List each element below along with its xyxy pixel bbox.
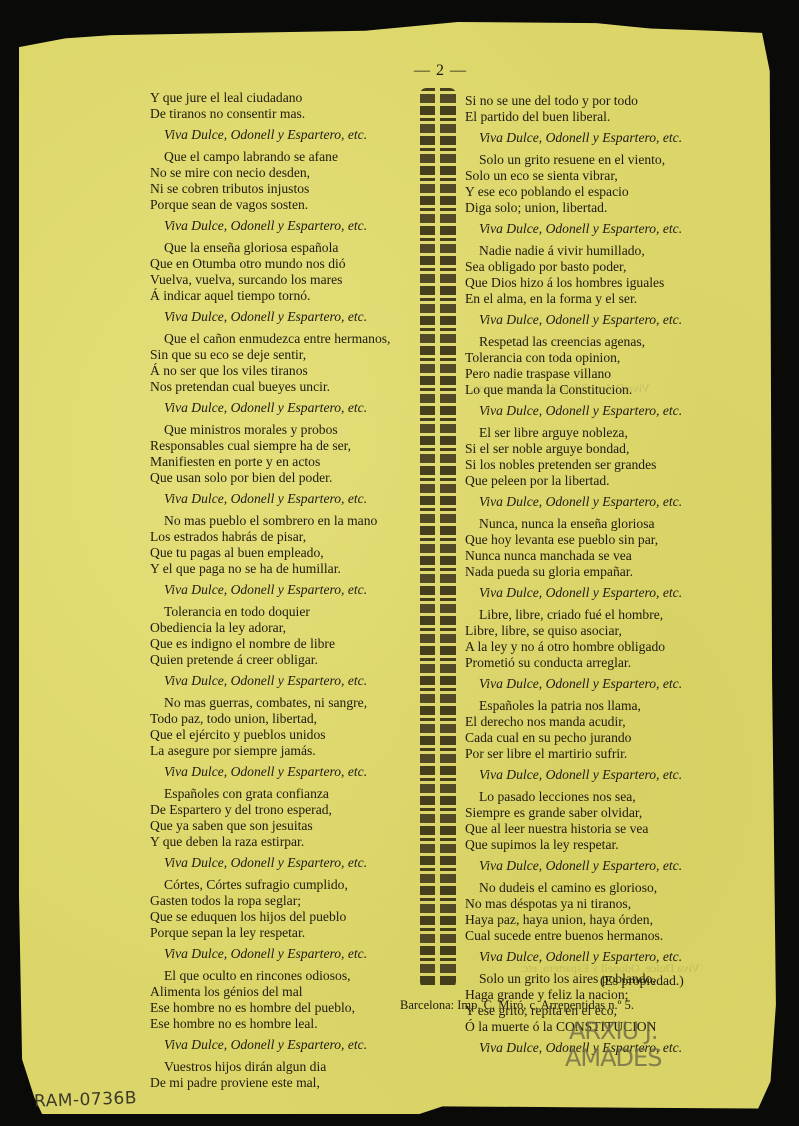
refrain-viva: Viva Dulce, bbox=[164, 309, 227, 324]
verse-line: Y el que paga no se ha de humillar. bbox=[150, 561, 415, 577]
refrain: Viva Dulce, Odonell y Espartero, etc. bbox=[150, 855, 415, 871]
refrain-viva: Viva Dulce, bbox=[479, 767, 542, 782]
stanza: Respetad las creencias agenas, Toleranci… bbox=[465, 334, 730, 398]
verse-line: Que ministros morales y probos bbox=[150, 422, 415, 438]
refrain-names: Odonell y Espartero, bbox=[546, 585, 660, 600]
refrain-viva: Viva Dulce, bbox=[164, 218, 227, 233]
stanza: Tolerancia en todo doquier Obediencia la… bbox=[150, 604, 415, 668]
stanza: El ser libre arguye nobleza, Si el ser n… bbox=[465, 425, 730, 489]
refrain-viva: Viva Dulce, bbox=[479, 1040, 542, 1055]
verse-line: Nos pretendan cual bueyes uncir. bbox=[150, 379, 415, 395]
verse-line: Alimenta los génios del mal bbox=[150, 984, 415, 1000]
verse-line: Solo un grito resuene en el viento, bbox=[465, 152, 730, 168]
verse-line: Sea obligado por basto poder, bbox=[465, 259, 730, 275]
refrain-etc: etc. bbox=[663, 858, 682, 873]
verse-line: Siempre es grande saber olvidar, bbox=[465, 805, 730, 821]
verse-line: Los estrados habrás de pisar, bbox=[150, 529, 415, 545]
stanza: Que el cañon enmudezca entre hermanos, S… bbox=[150, 331, 415, 395]
verse-line: Que la enseña gloriosa española bbox=[150, 240, 415, 256]
refrain-viva: Viva Dulce, bbox=[479, 676, 542, 691]
verse-line: No mas guerras, combates, ni sangre, bbox=[150, 695, 415, 711]
refrain: Viva Dulce, Odonell y Espartero, etc. bbox=[465, 221, 730, 237]
verse-line: Córtes, Córtes sufragio cumplido, bbox=[150, 877, 415, 893]
refrain: Viva Dulce, Odonell y Espartero, etc. bbox=[150, 218, 415, 234]
verse-line: Respetad las creencias agenas, bbox=[465, 334, 730, 350]
verse-line: No mas pueblo el sombrero en la mano bbox=[150, 513, 415, 529]
refrain-names: Odonell y Espartero, bbox=[231, 582, 345, 597]
refrain: Viva Dulce, Odonell y Espartero, etc. bbox=[465, 858, 730, 874]
refrain-etc: etc. bbox=[663, 585, 682, 600]
verse-line: Solo un grito los aires poblando, bbox=[465, 971, 730, 987]
verse-line: Que hoy levanta ese pueblo sin par, bbox=[465, 532, 730, 548]
refrain-viva: Viva Dulce, bbox=[479, 403, 542, 418]
verse-line: Vuelva, vuelva, surcando los mares bbox=[150, 272, 415, 288]
refrain-viva: Viva Dulce, bbox=[164, 127, 227, 142]
refrain-names: Odonell y Espartero, bbox=[546, 676, 660, 691]
verse-line: Gasten todos la ropa seglar; bbox=[150, 893, 415, 909]
verse-line: Si el ser noble arguye bondad, bbox=[465, 441, 730, 457]
refrain-names: Odonell y Espartero, bbox=[546, 221, 660, 236]
stanza: Nunca, nunca la enseña gloriosa Que hoy … bbox=[465, 516, 730, 580]
verse-line: Que el campo labrando se afane bbox=[150, 149, 415, 165]
refrain-names: Odonell y Espartero, bbox=[231, 855, 345, 870]
verse-line: Tolerancia en todo doquier bbox=[150, 604, 415, 620]
stanza: Españoles la patria nos llama, El derech… bbox=[465, 698, 730, 762]
refrain: Viva Dulce, Odonell y Espartero, etc. bbox=[465, 949, 730, 965]
refrain-etc: etc. bbox=[348, 673, 367, 688]
refrain-viva: Viva Dulce, bbox=[164, 673, 227, 688]
refrain-etc: etc. bbox=[663, 403, 682, 418]
refrain-viva: Viva Dulce, bbox=[479, 130, 542, 145]
verse-line: A la ley y no á otro hombre obligado bbox=[465, 639, 730, 655]
opening-lines: Y que jure el leal ciudadano De tiranos … bbox=[150, 90, 415, 122]
verse-line: Pero nadie traspase villano bbox=[465, 366, 730, 382]
closing-lines: Vuestros hijos dirán algun dia De mi pad… bbox=[150, 1059, 415, 1091]
verse-line: Á indicar aquel tiempo tornó. bbox=[150, 288, 415, 304]
verse-line: Si no se une del todo y por todo bbox=[465, 93, 730, 109]
verse-line: Todo paz, todo union, libertad, bbox=[150, 711, 415, 727]
refrain-etc: etc. bbox=[663, 130, 682, 145]
verse-line: Solo un eco se sienta vibrar, bbox=[465, 168, 730, 184]
refrain-names: Odonell y Espartero, bbox=[231, 127, 345, 142]
refrain-etc: etc. bbox=[348, 1037, 367, 1052]
verse-line: Haya paz, haya union, haya órden, bbox=[465, 912, 730, 928]
verse-line: Que Dios hizo á los hombres iguales bbox=[465, 275, 730, 291]
refrain-etc: etc. bbox=[348, 764, 367, 779]
stanza: Córtes, Córtes sufragio cumplido, Gasten… bbox=[150, 877, 415, 941]
refrain-etc: etc. bbox=[348, 309, 367, 324]
refrain: Viva Dulce, Odonell y Espartero, etc. bbox=[150, 946, 415, 962]
refrain-names: Odonell y Espartero, bbox=[546, 312, 660, 327]
handwritten-catalog-number: RAM-0736B bbox=[34, 1088, 138, 1112]
verse-line: Que en Otumba otro mundo nos dió bbox=[150, 256, 415, 272]
verse-line: Que peleen por la libertad. bbox=[465, 473, 730, 489]
refrain-names: Odonell y Espartero, bbox=[231, 491, 345, 506]
refrain: Viva Dulce, Odonell y Espartero, etc. bbox=[150, 309, 415, 325]
refrain-etc: etc. bbox=[348, 582, 367, 597]
printer-imprint: Barcelona: Imp. C. Miró, c. Arrepentidas… bbox=[400, 998, 634, 1013]
verse-line: Cual sucede entre buenos hermanos. bbox=[465, 928, 730, 944]
verse-line: No se mire con necio desden, bbox=[150, 165, 415, 181]
refrain: Viva Dulce, Odonell y Espartero, etc. bbox=[150, 1037, 415, 1053]
stanza: No mas guerras, combates, ni sangre, Tod… bbox=[150, 695, 415, 759]
refrain: Viva Dulce, Odonell y Espartero, etc. bbox=[465, 312, 730, 328]
verse-line: Que el ejército y pueblos unidos bbox=[150, 727, 415, 743]
verse-line: Ese hombre no es hombre leal. bbox=[150, 1016, 415, 1032]
refrain: Viva Dulce, Odonell y Espartero, etc. bbox=[150, 582, 415, 598]
refrain-viva: Viva Dulce, bbox=[164, 855, 227, 870]
refrain-viva: Viva Dulce, bbox=[164, 400, 227, 415]
left-column: Y que jure el leal ciudadano De tiranos … bbox=[150, 90, 415, 1091]
verse-line: Que tu pagas al buen empleado, bbox=[150, 545, 415, 561]
refrain: Viva Dulce, Odonell y Espartero, etc. bbox=[150, 673, 415, 689]
refrain-etc: etc. bbox=[663, 221, 682, 236]
verse-line: Nunca nunca manchada se vea bbox=[465, 548, 730, 564]
refrain-viva: Viva Dulce, bbox=[164, 491, 227, 506]
refrain: Viva Dulce, Odonell y Espartero, etc. bbox=[150, 764, 415, 780]
verse-line: Porque sean de vagos sosten. bbox=[150, 197, 415, 213]
ornamental-divider bbox=[420, 88, 456, 988]
verse-line: Si los nobles pretenden ser grandes bbox=[465, 457, 730, 473]
verse-line: Que es indigno el nombre de libre bbox=[150, 636, 415, 652]
verse-line: Españoles con grata confianza bbox=[150, 786, 415, 802]
verse-line: Lo pasado lecciones nos sea, bbox=[465, 789, 730, 805]
refrain-etc: etc. bbox=[663, 494, 682, 509]
refrain-names: Odonell y Espartero, bbox=[231, 1037, 345, 1052]
verse-line: La asegure por siempre jamás. bbox=[150, 743, 415, 759]
refrain-names: Odonell y Espartero, bbox=[231, 946, 345, 961]
verse-line: Que al leer nuestra historia se vea bbox=[465, 821, 730, 837]
verse-line: Que se eduquen los hijos del pueblo bbox=[150, 909, 415, 925]
refrain-etc: etc. bbox=[663, 767, 682, 782]
refrain: Viva Dulce, Odonell y Espartero, etc. bbox=[465, 494, 730, 510]
stamp-line: AMADES bbox=[565, 1045, 661, 1072]
refrain-viva: Viva Dulce, bbox=[164, 764, 227, 779]
verse-line: El partido del buen liberal. bbox=[465, 109, 730, 125]
archive-stamp: ARXIU J. AMADES bbox=[565, 1018, 661, 1072]
opening-lines: Si no se une del todo y por todo El part… bbox=[465, 93, 730, 125]
refrain-etc: etc. bbox=[663, 312, 682, 327]
refrain: Viva Dulce, Odonell y Espartero, etc. bbox=[150, 491, 415, 507]
refrain-names: Odonell y Espartero, bbox=[546, 767, 660, 782]
verse-line: Lo que manda la Constitucion. bbox=[465, 382, 730, 398]
verse-line: Ese hombre no es hombre del pueblo, bbox=[150, 1000, 415, 1016]
stanza: Españoles con grata confianza De Esparte… bbox=[150, 786, 415, 850]
refrain-names: Odonell y Espartero, bbox=[546, 494, 660, 509]
verse-line: Libre, libre, se quiso asociar, bbox=[465, 623, 730, 639]
stanza: Nadie nadie á vivir humillado, Sea oblig… bbox=[465, 243, 730, 307]
refrain-names: Odonell y Espartero, bbox=[231, 400, 345, 415]
verse-line: Obediencia la ley adorar, bbox=[150, 620, 415, 636]
refrain-etc: etc. bbox=[348, 127, 367, 142]
verse-line: El que oculto en rincones odiosos, bbox=[150, 968, 415, 984]
right-column: Si no se une del todo y por todo El part… bbox=[465, 93, 730, 1062]
refrain-viva: Viva Dulce, bbox=[479, 585, 542, 600]
stanza: Que la enseña gloriosa española Que en O… bbox=[150, 240, 415, 304]
verse-line: Que supimos la ley respetar. bbox=[465, 837, 730, 853]
refrain-names: Odonell y Espartero, bbox=[546, 130, 660, 145]
verse-line: Sin que su eco se deje sentir, bbox=[150, 347, 415, 363]
refrain-viva: Viva Dulce, bbox=[479, 494, 542, 509]
verse-line: De Espartero y del trono esperad, bbox=[150, 802, 415, 818]
refrain: Viva Dulce, Odonell y Espartero, etc. bbox=[465, 767, 730, 783]
refrain: Viva Dulce, Odonell y Espartero, etc. bbox=[465, 130, 730, 146]
refrain-viva: Viva Dulce, bbox=[164, 582, 227, 597]
verse-line: Quien pretende á creer obligar. bbox=[150, 652, 415, 668]
verse-line: Cada cual en su pecho jurando bbox=[465, 730, 730, 746]
verse-line: Que ya saben que son jesuitas bbox=[150, 818, 415, 834]
refrain: Viva Dulce, Odonell y Espartero, etc. bbox=[150, 127, 415, 143]
stanza: Libre, libre, criado fué el hombre, Libr… bbox=[465, 607, 730, 671]
verse-line: Diga solo; union, libertad. bbox=[465, 200, 730, 216]
refrain-names: Odonell y Espartero, bbox=[546, 949, 660, 964]
refrain-names: Odonell y Espartero, bbox=[231, 673, 345, 688]
refrain-names: Odonell y Espartero, bbox=[546, 403, 660, 418]
copyright-notice: (Es propiedad.) bbox=[600, 973, 684, 989]
verse-line: No mas déspotas ya ni tiranos, bbox=[465, 896, 730, 912]
refrain-viva: Viva Dulce, bbox=[164, 1037, 227, 1052]
stanza: Lo pasado lecciones nos sea, Siempre es … bbox=[465, 789, 730, 853]
refrain-viva: Viva Dulce, bbox=[479, 949, 542, 964]
verse-line: Responsables cual siempre ha de ser, bbox=[150, 438, 415, 454]
verse-line: Tolerancia con toda opinion, bbox=[465, 350, 730, 366]
verse-line: Por ser libre el martirio sufrir. bbox=[465, 746, 730, 762]
verse-line: Porque sepan la ley respetar. bbox=[150, 925, 415, 941]
refrain-etc: etc. bbox=[663, 676, 682, 691]
verse-line: Que el cañon enmudezca entre hermanos, bbox=[150, 331, 415, 347]
refrain: Viva Dulce, Odonell y Espartero, etc. bbox=[150, 400, 415, 416]
refrain-etc: etc. bbox=[663, 949, 682, 964]
verse-line: Ni se cobren tributos injustos bbox=[150, 181, 415, 197]
verse-line: Á no ser que los viles tiranos bbox=[150, 363, 415, 379]
verse-line: Y que jure el leal ciudadano bbox=[150, 90, 415, 106]
verse-line: El derecho nos manda acudir, bbox=[465, 714, 730, 730]
refrain: Viva Dulce, Odonell y Espartero, etc. bbox=[465, 676, 730, 692]
refrain-etc: etc. bbox=[348, 218, 367, 233]
refrain: Viva Dulce, Odonell y Espartero, etc. bbox=[465, 585, 730, 601]
refrain-viva: Viva Dulce, bbox=[479, 312, 542, 327]
verse-line: Vuestros hijos dirán algun dia bbox=[150, 1059, 415, 1075]
refrain: Viva Dulce, Odonell y Espartero, etc. bbox=[465, 403, 730, 419]
refrain-etc: etc. bbox=[348, 946, 367, 961]
stanza: El que oculto en rincones odiosos, Alime… bbox=[150, 968, 415, 1032]
refrain-etc: etc. bbox=[348, 855, 367, 870]
stanza: No dudeis el camino es glorioso, No mas … bbox=[465, 880, 730, 944]
refrain-names: Odonell y Espartero, bbox=[546, 858, 660, 873]
verse-line: Nadie nadie á vivir humillado, bbox=[465, 243, 730, 259]
refrain-names: Odonell y Espartero, bbox=[231, 764, 345, 779]
verse-line: Prometió su conducta arreglar. bbox=[465, 655, 730, 671]
verse-line: Españoles la patria nos llama, bbox=[465, 698, 730, 714]
verse-line: Libre, libre, criado fué el hombre, bbox=[465, 607, 730, 623]
refrain-names: Odonell y Espartero, bbox=[231, 218, 345, 233]
stanza: Solo un grito resuene en el viento, Solo… bbox=[465, 152, 730, 216]
verse-line: El ser libre arguye nobleza, bbox=[465, 425, 730, 441]
verse-line: Manifiesten en porte y en actos bbox=[150, 454, 415, 470]
stanza: Que ministros morales y probos Responsab… bbox=[150, 422, 415, 486]
verse-line: De tiranos no consentir mas. bbox=[150, 106, 415, 122]
stamp-line: ARXIU J. bbox=[565, 1018, 661, 1045]
refrain-etc: etc. bbox=[663, 1040, 682, 1055]
verse-line: Y ese eco poblando el espacio bbox=[465, 184, 730, 200]
verse-line: No dudeis el camino es glorioso, bbox=[465, 880, 730, 896]
verse-line: Nunca, nunca la enseña gloriosa bbox=[465, 516, 730, 532]
stanza: No mas pueblo el sombrero en la mano Los… bbox=[150, 513, 415, 577]
refrain-viva: Viva Dulce, bbox=[479, 221, 542, 236]
refrain-etc: etc. bbox=[348, 491, 367, 506]
verse-line: Que usan solo por bien del poder. bbox=[150, 470, 415, 486]
page-number: — 2 — bbox=[414, 62, 467, 80]
refrain-viva: Viva Dulce, bbox=[479, 858, 542, 873]
refrain-etc: etc. bbox=[348, 400, 367, 415]
verse-line: De mi padre proviene este mal, bbox=[150, 1075, 415, 1091]
refrain-names: Odonell y Espartero, bbox=[231, 309, 345, 324]
stanza: Que el campo labrando se afane No se mir… bbox=[150, 149, 415, 213]
verse-line: Y que deben la raza estirpar. bbox=[150, 834, 415, 850]
refrain-viva: Viva Dulce, bbox=[164, 946, 227, 961]
verse-line: En el alma, en la forma y el ser. bbox=[465, 291, 730, 307]
verse-line: Nada pueda su gloria empañar. bbox=[465, 564, 730, 580]
